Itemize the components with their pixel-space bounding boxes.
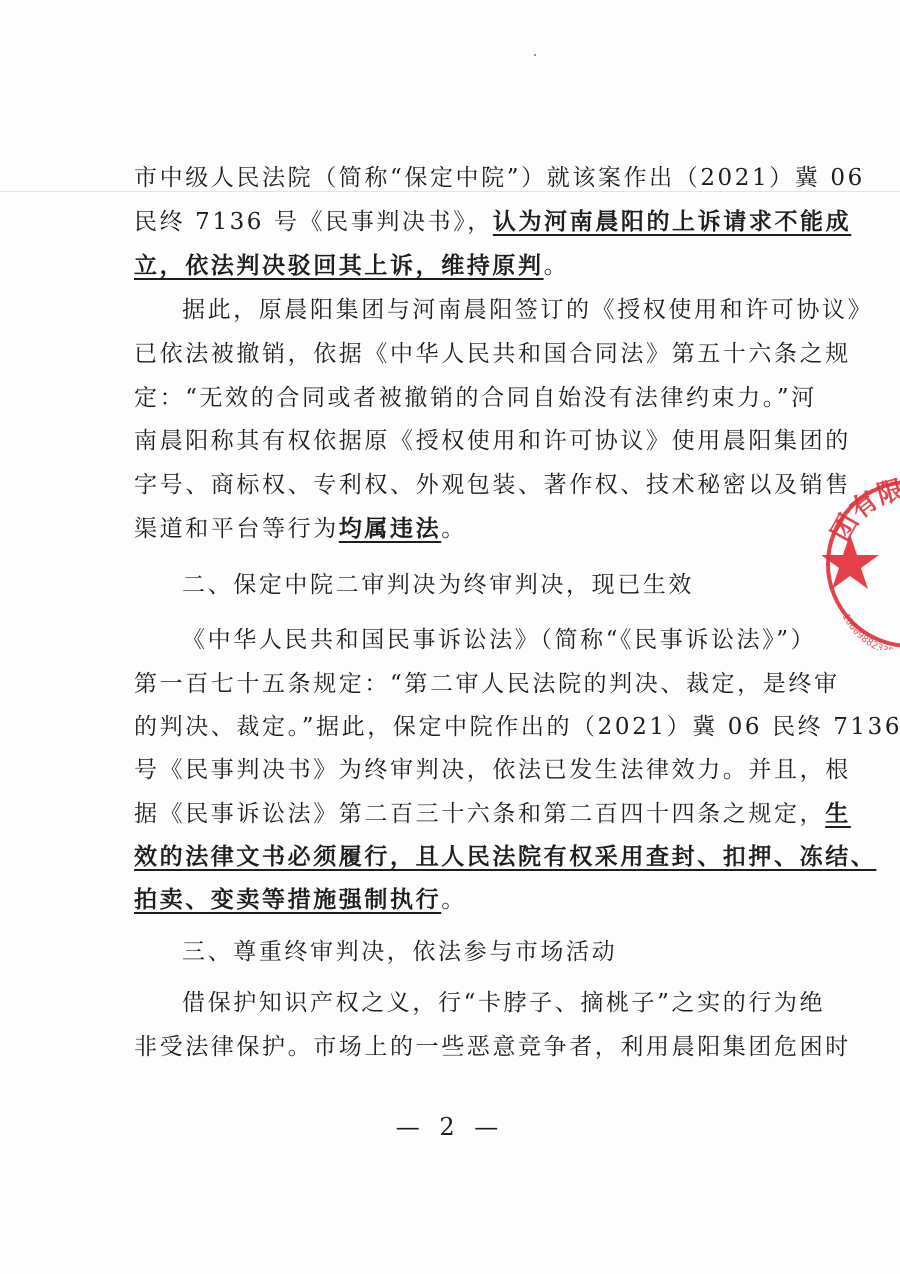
text-line: 字号、商标权、专利权、外观包装、著作权、技术秘密以及销售 (134, 470, 794, 500)
body-text: 定：“无效的合同或者被撤销的合同自始没有法律约束力。”河 (134, 385, 817, 411)
underlined-emphasis-text: 认为河南晨阳的上诉请求不能成 (493, 208, 851, 235)
text-line: 已依法被撤销，依据《中华人民共和国合同法》第五十六条之规 (134, 339, 794, 369)
document-page: 市中级人民法院（简称“保定中院”）就该案作出（2021）冀 06民终 7136 … (0, 0, 900, 1274)
body-text: 据《民事诉讼法》第二百三十六条和第二百四十四条之规定， (134, 801, 825, 827)
text-line: 非受法律保护。市场上的一些恶意竞争者，利用晨阳集团危困时 (134, 1032, 794, 1062)
text-line: 号《民事判决书》为终审判决，依法已发生法律效力。并且，根 (134, 755, 794, 785)
body-text: 二、保定中院二审判决为终审判决，现已生效 (182, 572, 694, 598)
text-line: 立，依法判决驳回其上诉，维持原判。 (134, 251, 794, 281)
body-text: 借保护知识产权之义，行“卡脖子、摘桃子”之实的行为绝 (182, 990, 825, 1016)
underlined-emphasis-text: 拍卖、变卖等措施强制执行 (134, 886, 441, 913)
body-text: 。 (441, 887, 467, 913)
text-line: 《中华人民共和国民事诉讼法》（简称“《民事诉讼法》”） (182, 625, 794, 655)
body-text: 南晨阳称其有权依据原《授权使用和许可协议》使用晨阳集团的 (134, 428, 851, 454)
text-line: 民终 7136 号《民事判决书》，认为河南晨阳的上诉请求不能成 (134, 207, 794, 237)
text-line: 第一百七十五条规定：“第二审人民法院的判决、裁定，是终审 (134, 669, 794, 699)
body-text: 已依法被撤销，依据《中华人民共和国合同法》第五十六条之规 (134, 341, 851, 367)
body-text: 号《民事判决书》为终审判决，依法已发生法律效力。并且，根 (134, 757, 851, 783)
text-line: 据此，原晨阳集团与河南晨阳签订的《授权使用和许可协议》 (182, 295, 794, 325)
body-text: 第一百七十五条规定：“第二审人民法院的判决、裁定，是终审 (134, 671, 840, 697)
section-heading: 三、尊重终审判决，依法参与市场活动 (182, 937, 617, 967)
body-text: 字号、商标权、专利权、外观包装、著作权、技术秘密以及销售 (134, 472, 851, 498)
body-text: 。 (544, 253, 570, 279)
text-line: 拍卖、变卖等措施强制执行。 (134, 885, 794, 915)
section-heading: 二、保定中院二审判决为终审判决，现已生效 (182, 570, 694, 600)
body-text: 据此，原晨阳集团与河南晨阳签订的《授权使用和许可协议》 (182, 297, 873, 323)
body-text: 非受法律保护。市场上的一些恶意竞争者，利用晨阳集团危困时 (134, 1034, 851, 1060)
body-text: 民终 7136 号《民事判决书》， (134, 209, 493, 235)
text-line: 借保护知识产权之义，行“卡脖子、摘桃子”之实的行为绝 (182, 988, 794, 1018)
body-text: 渠道和平台等行为 (134, 516, 339, 542)
text-line: 定：“无效的合同或者被撤销的合同自始没有法律约束力。”河 (134, 383, 794, 413)
text-line: 渠道和平台等行为均属违法。 (134, 514, 794, 544)
body-text: 三、尊重终审判决，依法参与市场活动 (182, 939, 617, 965)
underlined-emphasis-text: 均属违法 (339, 515, 441, 542)
text-line: 的判决、裁定。”据此，保定中院作出的（2021）冀 06 民终 7136 (134, 712, 794, 742)
seal-arc-text: 团有限公 (826, 478, 900, 547)
text-line: 据《民事诉讼法》第二百三十六条和第二百四十四条之规定，生 (134, 799, 794, 829)
underlined-emphasis-text: 立，依法判决驳回其上诉，维持原判 (134, 252, 544, 279)
body-text: 。 (441, 516, 467, 542)
page-number: — 2 — (0, 1112, 900, 1142)
underlined-emphasis-text: 生 (825, 800, 851, 827)
company-seal-stamp: 团有限公 10609882335 (822, 478, 900, 650)
svg-text:团有限公: 团有限公 (826, 478, 900, 547)
body-text: 《中华人民共和国民事诉讼法》（简称“《民事诉讼法》”） (182, 627, 816, 653)
scan-speck (534, 54, 536, 56)
body-text: 的判决、裁定。”据此，保定中院作出的（2021）冀 06 民终 7136 (134, 714, 900, 740)
text-line: 市中级人民法院（简称“保定中院”）就该案作出（2021）冀 06 (134, 163, 794, 193)
text-line: 效的法律文书必须履行，且人民法院有权采用查封、扣押、冻结、 (134, 842, 794, 872)
body-text: 市中级人民法院（简称“保定中院”）就该案作出（2021）冀 06 (134, 165, 865, 191)
underlined-emphasis-text: 效的法律文书必须履行，且人民法院有权采用查封、扣押、冻结、 (134, 843, 876, 870)
text-line: 南晨阳称其有权依据原《授权使用和许可协议》使用晨阳集团的 (134, 426, 794, 456)
